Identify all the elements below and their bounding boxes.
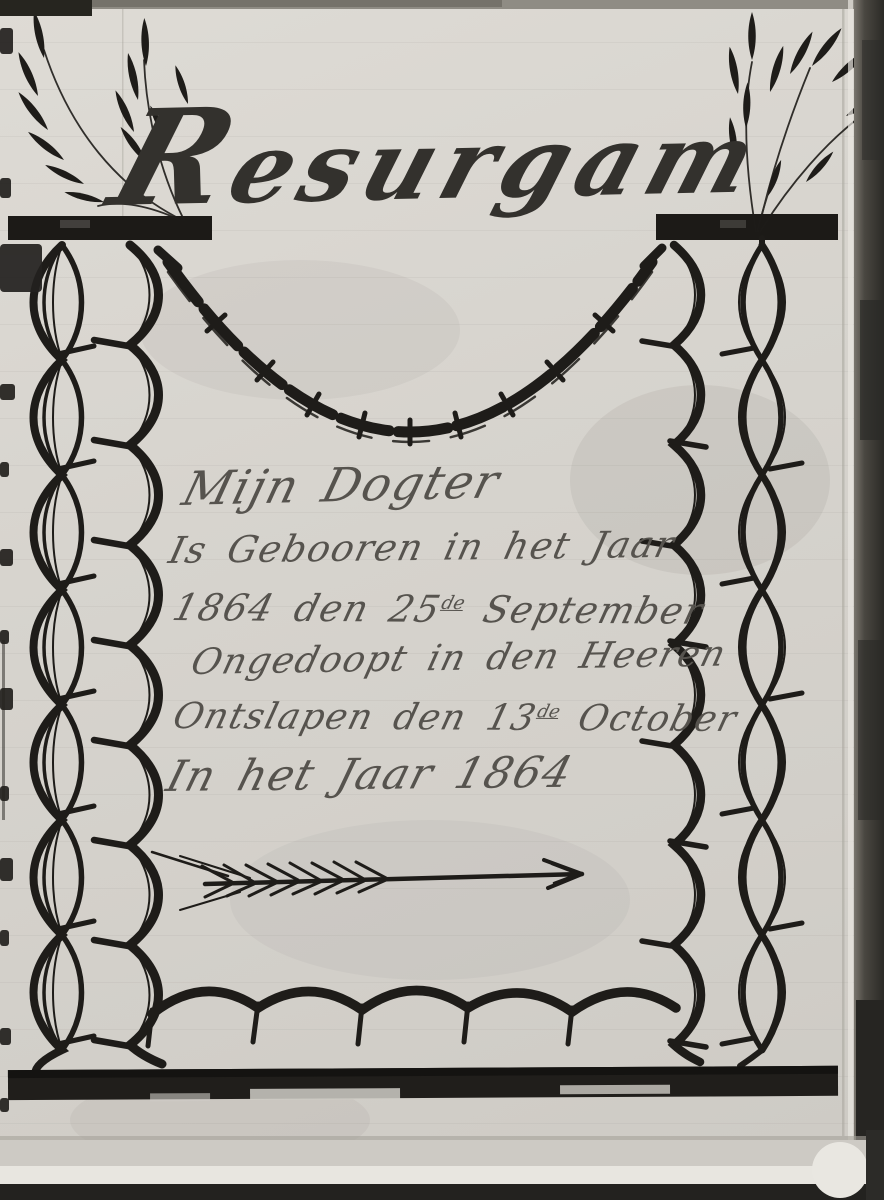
inscription-block: Mijn Dogter Is Gebooren in het Jaar 1864… <box>168 462 708 802</box>
scanned-register-page: Resurgam Mijn Dogter Is Gebooren in het … <box>0 0 884 1200</box>
line-text: Mijn Dogter <box>177 454 506 517</box>
inscription-line: Is Gebooren in het Jaar <box>165 522 715 572</box>
inscription-line: Ontslapen den 13de October <box>169 696 713 740</box>
inscription-line: Ongedoopt in den Heeren <box>187 634 715 683</box>
line-text: October <box>553 698 742 740</box>
page-fold-line <box>842 8 845 1136</box>
line-text: Ongedoopt in den Heeren <box>187 634 731 683</box>
line-text: September <box>457 588 708 633</box>
inscription-line: In het Jaar 1864 <box>161 746 716 802</box>
line-text: 1864 den 25 <box>168 586 445 631</box>
line-text: Is Gebooren in het Jaar <box>165 523 680 572</box>
line-text: Ontslapen den 13 <box>169 696 541 739</box>
line-text: In het Jaar 1864 <box>161 748 579 802</box>
page-title: Resurgam <box>95 69 766 237</box>
inscription-line: 1864 den 25de September <box>168 586 712 633</box>
